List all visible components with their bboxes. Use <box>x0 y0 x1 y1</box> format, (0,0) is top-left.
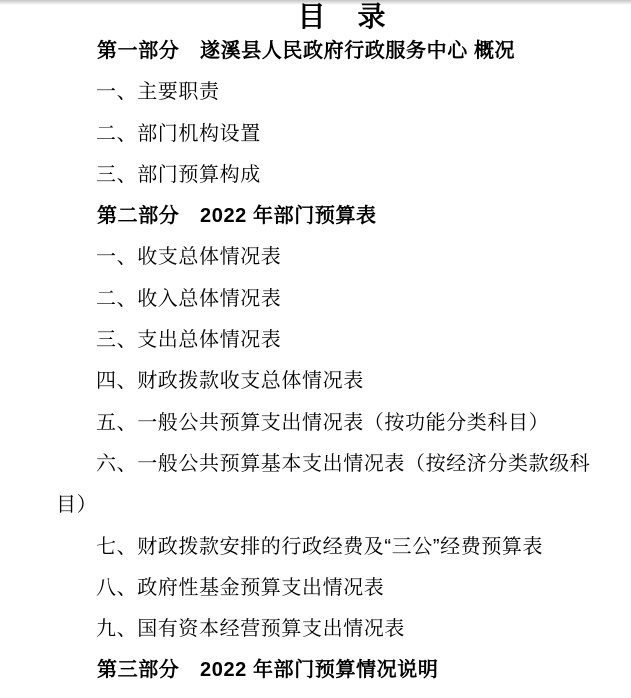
toc-line-2: 一、主要职责 <box>0 72 631 113</box>
toc-line-12: 目） <box>0 485 631 526</box>
toc-line-6: 一、收支总体情况表 <box>0 237 631 278</box>
toc-line-15: 九、国有资本经营预算支出情况表 <box>0 609 631 650</box>
toc-line-5: 第二部分 2022 年部门预算表 <box>0 196 631 237</box>
toc-line-4: 三、部门预算构成 <box>0 155 631 196</box>
page-title: 目 录 <box>27 0 631 31</box>
toc-line-7: 二、收入总体情况表 <box>0 279 631 320</box>
toc-line-9: 四、财政拨款收支总体情况表 <box>0 361 631 402</box>
toc-line-16: 第三部分 2022 年部门预算情况说明 <box>0 650 631 691</box>
toc-line-10: 五、一般公共预算支出情况表（按功能分类科目） <box>0 403 631 444</box>
toc-list: 第一部分 遂溪县人民政府行政服务中心 概况一、主要职责二、部门机构设置三、部门预… <box>0 31 631 692</box>
toc-line-11: 六、一般公共预算基本支出情况表（按经济分类款级科 <box>0 444 631 485</box>
toc-line-8: 三、支出总体情况表 <box>0 320 631 361</box>
toc-line-1: 第一部分 遂溪县人民政府行政服务中心 概况 <box>0 31 631 72</box>
toc-line-13: 七、财政拨款安排的行政经费及“三公”经费预算表 <box>0 527 631 568</box>
toc-line-3: 二、部门机构设置 <box>0 114 631 155</box>
document-page: { "document": { "title": "目 录", "toc_lin… <box>0 0 631 698</box>
toc-document: 目 录 第一部分 遂溪县人民政府行政服务中心 概况一、主要职责二、部门机构设置三… <box>0 0 631 692</box>
toc-line-14: 八、政府性基金预算支出情况表 <box>0 568 631 609</box>
